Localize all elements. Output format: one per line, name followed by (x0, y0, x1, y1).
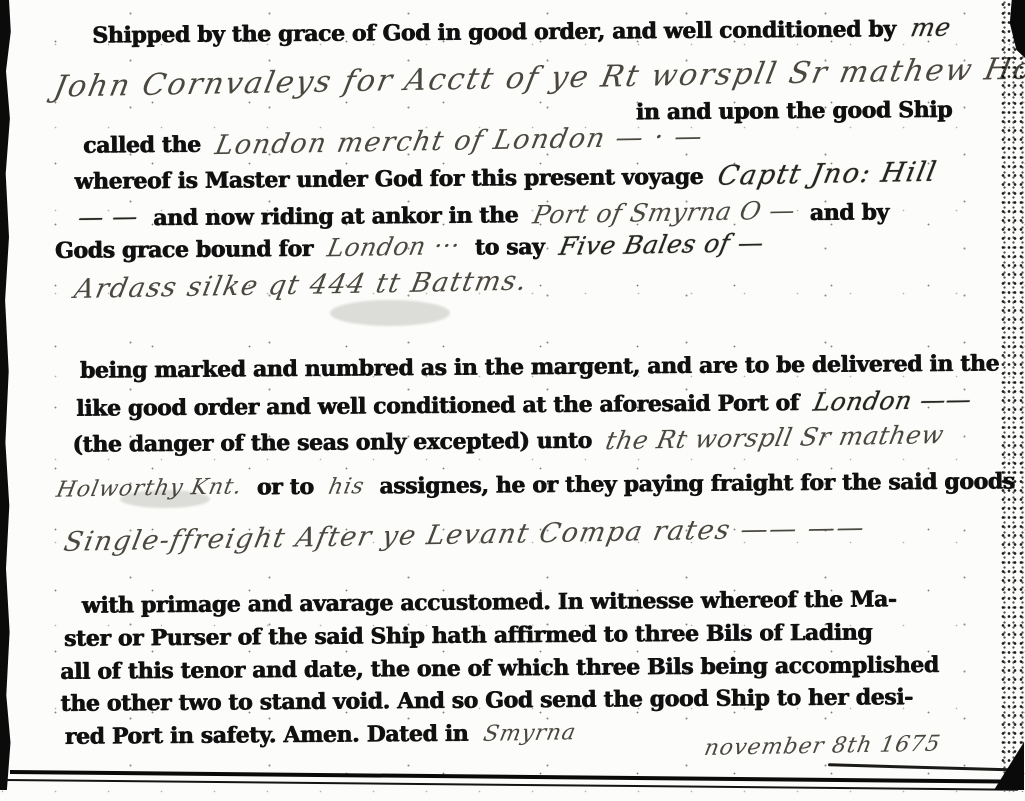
doc-line: called the London mercht of London — · — (83, 125, 703, 160)
doc-line: — — and now riding at ankor in the Port … (78, 197, 888, 231)
printed-text: and by (809, 199, 888, 226)
printed-text: with primage and avarage accustomed. In … (81, 586, 896, 618)
doc-line: whereof is Master under God for this pre… (74, 159, 937, 195)
doc-line: Ardass silke qt 444 tt Battms. (75, 269, 527, 302)
document-page: Shipped by the grace of God in good orde… (0, 0, 1025, 801)
handwritten-text: Single-ffreight After ye Levant Compa ra… (61, 513, 868, 557)
printed-text: called the (83, 132, 201, 159)
printed-text: to say (475, 234, 545, 261)
doc-line: red Port in safety. Amen. Dated in Smyrn… (65, 721, 576, 750)
doc-line: in and upon the good Ship (636, 98, 952, 125)
printed-text: whereof is Master under God for this pre… (74, 164, 703, 195)
printed-text: red Port in safety. Amen. Dated in (65, 721, 469, 750)
handwritten-text: London ··· (325, 232, 462, 262)
handwritten-text: Port of Smyrna O — (530, 197, 797, 229)
handwritten-text: John Cornvaleys for Acctt of ye Rt worsp… (51, 50, 1025, 103)
handwritten-text: Smyrna (481, 721, 578, 747)
printed-text: being marked and numbred as in the marge… (80, 350, 999, 383)
handwritten-text: — — (76, 203, 141, 232)
printed-text: Shipped by the grace of God in good orde… (92, 16, 896, 48)
handwritten-text: november 8th 1675 (702, 733, 943, 762)
document-text-layer: Shipped by the grace of God in good orde… (0, 0, 1025, 801)
handwritten-text: London —— (811, 386, 974, 416)
printed-text: Gods grace bound for (55, 236, 313, 264)
handwritten-text: Captt Jno: Hill (715, 158, 940, 192)
printed-text: (the danger of the seas only excepted) u… (72, 428, 592, 458)
scan-right-edge (1000, 0, 1025, 792)
printed-text: ster or Purser of the said Ship hath aff… (64, 619, 872, 651)
printed-text: assignes, he or they paying fraight for … (379, 468, 1015, 499)
handwritten-text: Five Bales of — (556, 229, 766, 260)
handwritten-text: the Rt worspll Sr mathew (604, 421, 947, 455)
doc-line: the other two to stand void. And so God … (60, 685, 913, 716)
doc-line: (the danger of the seas only excepted) u… (72, 423, 944, 457)
printed-text: all of this tenor and date, the one of w… (60, 652, 939, 685)
ink-smudge (330, 300, 450, 326)
doc-line: ster or Purser of the said Ship hath aff… (64, 620, 872, 651)
printed-text: or to (257, 474, 314, 500)
doc-line: John Cornvaleys for Acctt of ye Rt worsp… (55, 56, 1025, 98)
doc-line: Gods grace bound for London ··· to say F… (55, 230, 764, 263)
printed-text: the other two to stand void. And so God … (60, 684, 913, 717)
doc-line: being marked and numbred as in the marge… (80, 351, 999, 382)
doc-line: all of this tenor and date, the one of w… (60, 653, 939, 684)
printed-text: like good order and well conditioned at … (76, 390, 799, 422)
doc-line: Shipped by the grace of God in good orde… (92, 14, 950, 48)
ink-smudge (120, 490, 210, 508)
doc-line: with primage and avarage accustomed. In … (82, 587, 897, 618)
handwritten-text: London mercht of London — · — (212, 122, 705, 161)
handwritten-text: his (326, 475, 366, 500)
doc-line: november 8th 1675 (705, 734, 941, 760)
doc-line: like good order and well conditioned at … (76, 387, 971, 422)
handwritten-text: Ardass silke qt 444 tt Battms. (72, 267, 531, 305)
printed-text: and now riding at ankor in the (153, 202, 518, 231)
doc-line: Single-ffreight After ye Levant Compa ra… (65, 517, 864, 553)
handwritten-text: me (908, 14, 953, 42)
